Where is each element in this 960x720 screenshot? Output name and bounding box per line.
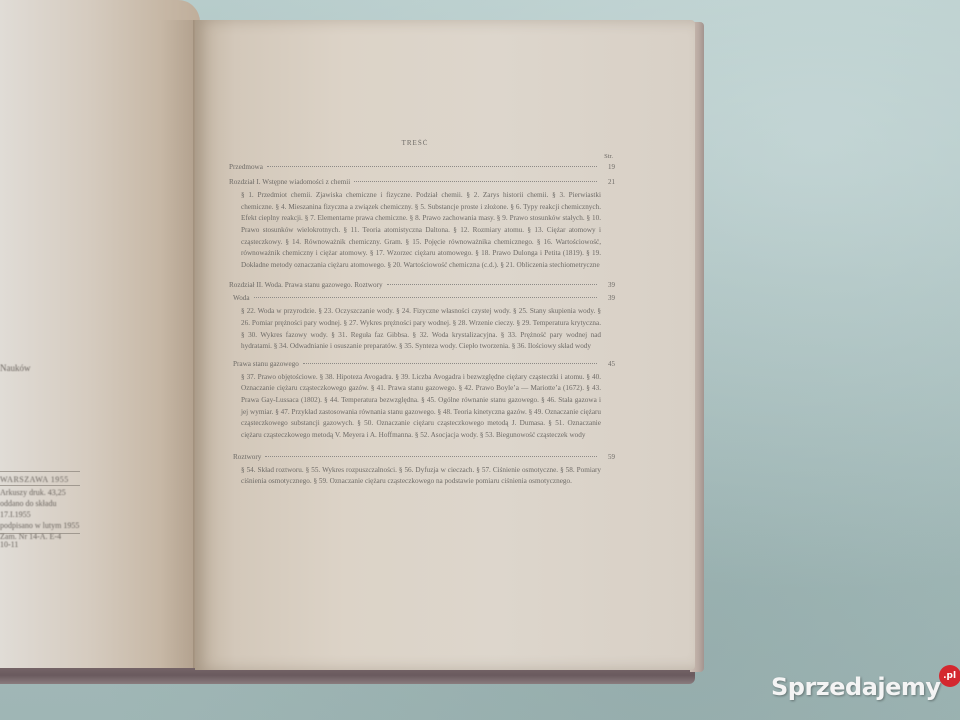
toc-entry-description: § 1. Przedmiot chemii. Zjawiska chemiczn… xyxy=(229,190,601,272)
leader-dots xyxy=(265,456,597,457)
left-page-code: 10-11 xyxy=(0,539,18,550)
leader-dots xyxy=(303,363,597,364)
divider xyxy=(0,485,80,486)
toc-entry-page: 39 xyxy=(608,293,615,305)
leader-dots xyxy=(267,166,597,167)
watermark-pl-badge-icon: .pl xyxy=(939,665,960,687)
divider xyxy=(0,533,80,534)
sprzedajemy-watermark: Sprzedajemy .pl xyxy=(771,669,960,705)
toc-entry: Przedmowa 19 xyxy=(229,162,601,174)
left-page-city-year: WARSZAWA 1955 xyxy=(0,474,69,485)
toc-entry: Rozdział II. Woda. Prawa stanu gazowego.… xyxy=(229,280,601,292)
toc-entry-description: § 37. Prawo objętościowe. § 38. Hipoteza… xyxy=(229,372,601,442)
toc-entry-page: 39 xyxy=(608,280,615,292)
toc-entry-label: Woda xyxy=(233,293,250,305)
toc-page-header: Str. xyxy=(229,151,613,163)
toc-entry-label: Prawa stanu gazowego xyxy=(233,359,299,371)
table-of-contents: TREŚĆ Str. Przedmowa 19 Rozdział I. Wstę… xyxy=(229,138,601,488)
toc-entry-page: 19 xyxy=(608,162,615,174)
leader-dots xyxy=(387,284,597,285)
toc-entry-label: Roztwory xyxy=(233,452,261,464)
toc-entry-page: 21 xyxy=(608,177,615,189)
toc-entry-label: Rozdział I. Wstępne wiadomości z chemii xyxy=(229,177,350,189)
leader-dots xyxy=(254,297,597,298)
imprint-line: podpisano w lutym 1955 xyxy=(0,520,82,531)
left-page-author-fragment: Nauków xyxy=(0,363,31,374)
toc-entry: Rozdział I. Wstępne wiadomości z chemii … xyxy=(229,177,601,189)
toc-entry: Roztwory 59 xyxy=(229,452,601,464)
toc-entry: Woda 39 xyxy=(229,293,601,305)
toc-entry-label: Przedmowa xyxy=(229,162,263,174)
leader-dots xyxy=(354,181,597,182)
watermark-logo-text: Sprzedajemy xyxy=(771,669,941,705)
toc-entry-description: § 54. Skład roztworu. § 55. Wykres rozpu… xyxy=(229,465,601,488)
toc-entry: Prawa stanu gazowego 45 xyxy=(229,359,601,371)
toc-entry-label: Rozdział II. Woda. Prawa stanu gazowego.… xyxy=(229,280,383,292)
imprint-line: oddano do składu 17.I.1955 xyxy=(0,498,82,520)
toc-entry-page: 45 xyxy=(608,359,615,371)
toc-title: TREŚĆ xyxy=(229,138,601,150)
left-page: Nauków WARSZAWA 1955 Arkuszy druk. 43,25… xyxy=(0,0,200,668)
toc-entry-page: 59 xyxy=(608,452,615,464)
imprint-line: Arkuszy druk. 43,25 xyxy=(0,487,82,498)
toc-entry-description: § 22. Woda w przyrodzie. § 23. Oczyszcza… xyxy=(229,306,601,353)
divider xyxy=(0,471,80,472)
